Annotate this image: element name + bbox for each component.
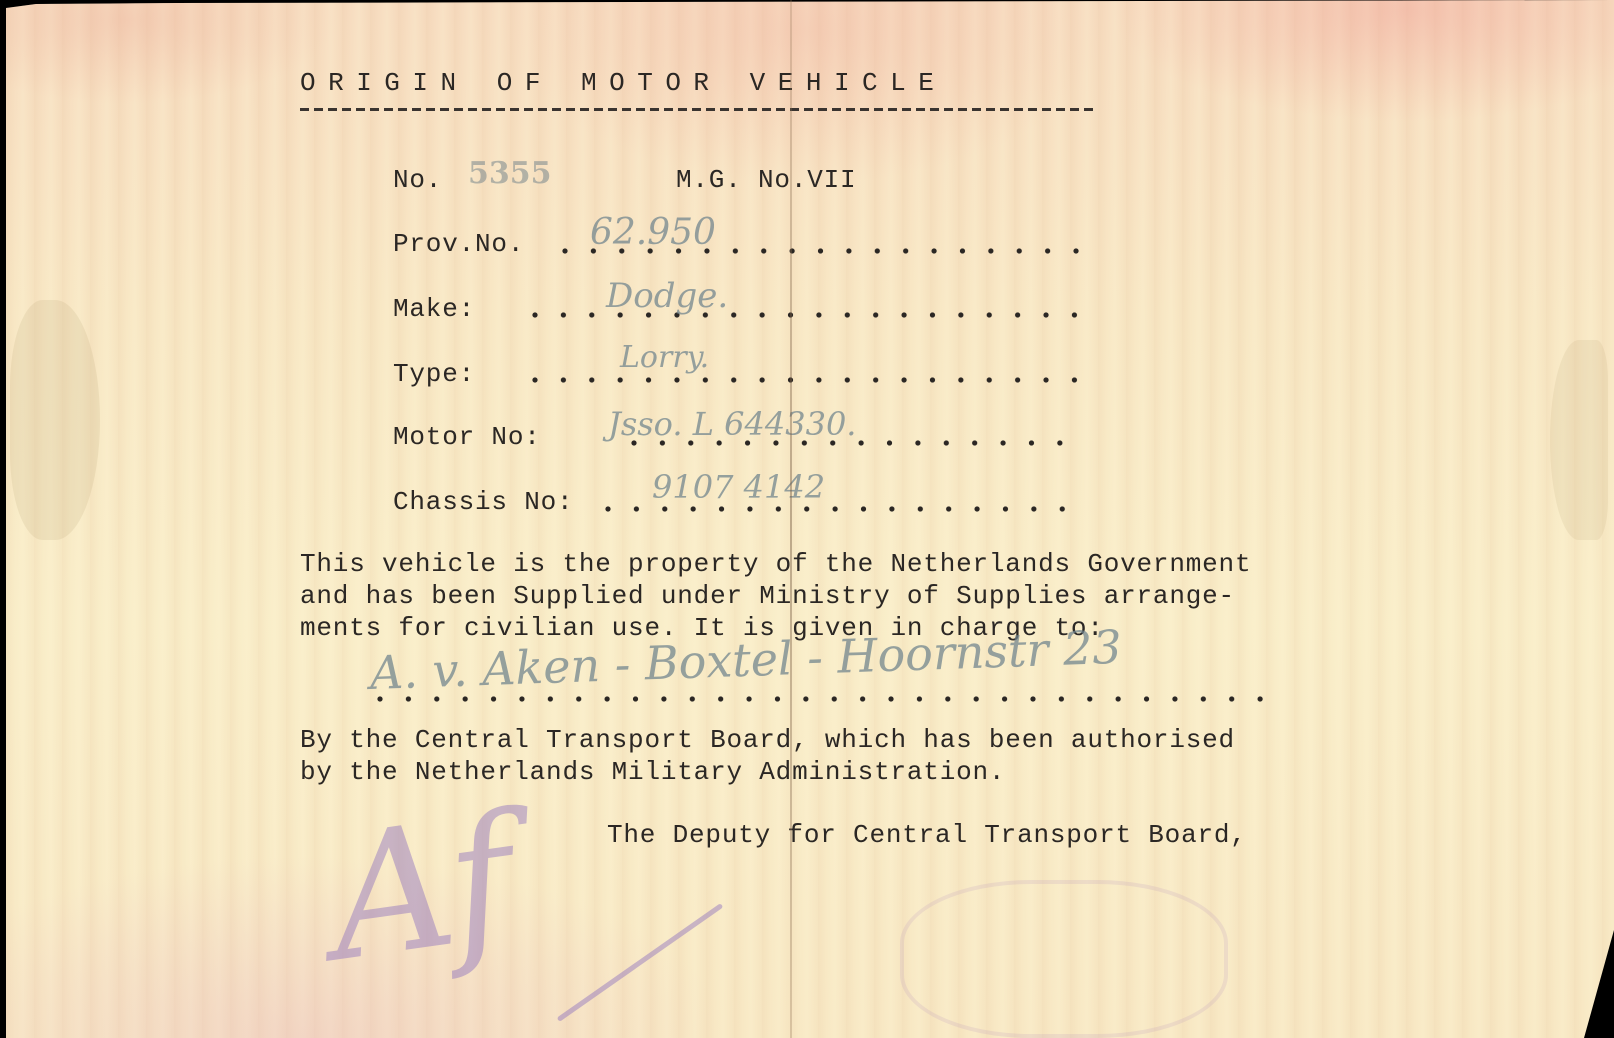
field-value-motor-no: Jsso. L 644330. [608,405,856,443]
field-value-chassis-no: 9107 4142 [652,468,825,506]
title-underline [300,108,1095,111]
field-label-type: Type: [393,359,475,389]
signature-mark: Af [317,778,525,1000]
field-dotted-line [605,506,1081,512]
field-dotted-line [532,377,1082,383]
faded-stamp [900,880,1228,1038]
field-label-prov-no: Prov.No. [393,229,524,259]
field-value-make: Dodge. [606,276,728,316]
authority-line-2: by the Netherlands Military Administrati… [300,756,1005,788]
authority-line-1: By the Central Transport Board, which ha… [300,724,1235,756]
paper-stain [10,300,100,540]
mg-number: M.G. No.VII [676,165,856,195]
assignee-dotted-line [377,696,1277,702]
field-value-type: Lorry. [620,340,709,375]
paper-fold-line [790,0,792,1038]
body-line-1: This vehicle is the property of the Neth… [300,548,1251,580]
body-line-2: and has been Supplied under Ministry of … [300,580,1235,612]
document-paper [6,0,1614,1038]
field-label-chassis-no: Chassis No: [393,487,573,517]
field-value-prov-no: 62.950 [590,212,716,253]
field-label-make: Make: [393,294,475,324]
document-title: ORIGIN OF MOTOR VEHICLE [300,68,946,98]
number-label: No. [393,165,442,195]
paper-stain [1550,340,1608,540]
field-label-motor-no: Motor No: [393,422,541,452]
signatory-line: The Deputy for Central Transport Board, [607,820,1247,850]
number-value: 5355 [468,156,552,191]
